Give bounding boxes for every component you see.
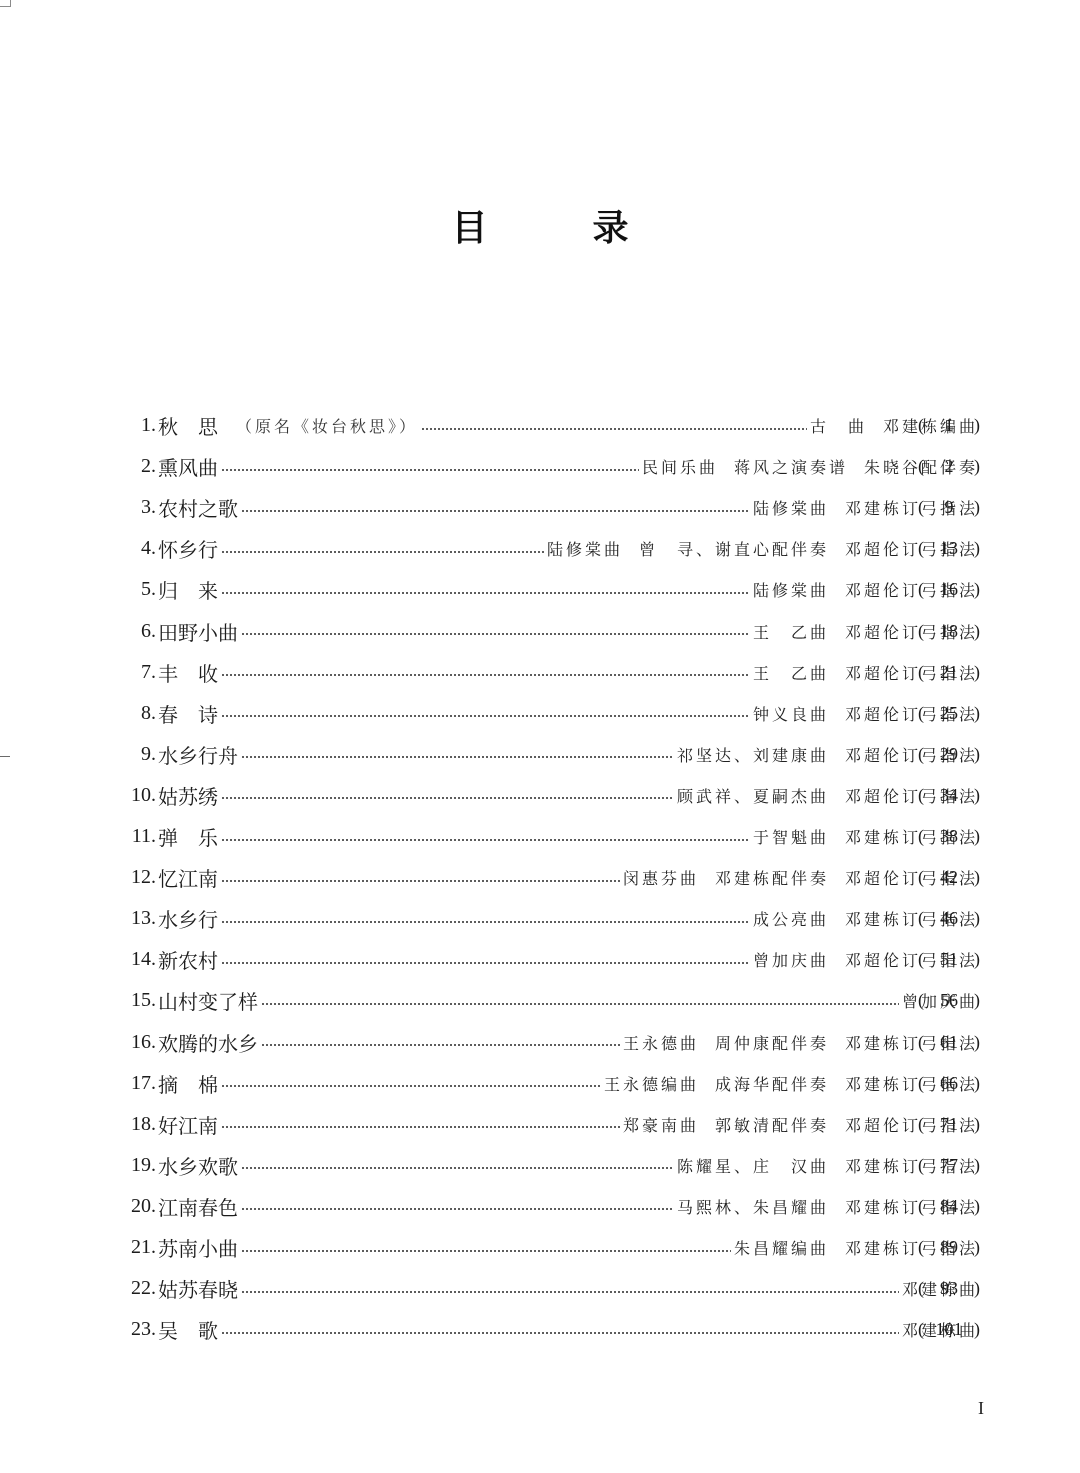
- dot-leader: [261, 1003, 899, 1005]
- toc-entry[interactable]: 9. 水乡行舟 祁坚达、刘建康曲邓超伦订弓指法 ( 29 ): [0, 734, 1080, 775]
- toc-entry-number: 15.: [131, 980, 156, 1021]
- toc-entry-page-number: 25: [924, 703, 974, 724]
- close-paren: ): [974, 621, 980, 642]
- dot-leader: [221, 715, 750, 717]
- toc-entry-credit: 郭敏清配伴奏: [715, 1116, 829, 1135]
- toc-entry-title[interactable]: 水乡行舟: [158, 740, 238, 769]
- dot-leader: [221, 962, 750, 964]
- close-paren: ): [974, 662, 980, 683]
- toc-entry-body: 新农村 曾加庆曲邓超伦订弓指法: [158, 939, 978, 980]
- toc-entry-number: 16.: [131, 1022, 156, 1063]
- crop-mark: [10, 0, 11, 7]
- toc-entry-page[interactable]: ( 16 ): [918, 569, 980, 610]
- toc-entry-body: 江南春色 马熙林、朱昌耀曲邓建栋订弓指法: [158, 1186, 978, 1227]
- toc-entry-credit: 马熙林、朱昌耀曲: [677, 1198, 829, 1217]
- toc-entry-title[interactable]: 苏南小曲: [158, 1233, 238, 1262]
- close-paren: ): [974, 867, 980, 888]
- toc-entry-body: 姑苏绣 顾武祥、夏嗣杰曲邓超伦订弓指法: [158, 775, 978, 816]
- toc-entry-page-number: 21: [924, 662, 974, 683]
- dot-leader: [221, 469, 639, 471]
- dot-leader: [221, 1332, 899, 1334]
- toc-entry-credit: 蒋风之演奏谱: [734, 458, 848, 477]
- toc-entry-credit: 陆修棠曲: [753, 499, 829, 518]
- toc-entry-title[interactable]: 忆江南: [158, 863, 218, 892]
- toc-entry-page[interactable]: ( 42 ): [918, 857, 980, 898]
- toc-entry-page-number: 84: [924, 1196, 974, 1217]
- toc-entry-page-number: 2: [924, 456, 974, 477]
- close-paren: ): [974, 1032, 980, 1053]
- toc-entry-title[interactable]: 姑苏春晓: [158, 1274, 238, 1303]
- toc-entry-page[interactable]: ( 18 ): [918, 611, 980, 652]
- toc-entry-body: 摘 棉 王永德编曲成海华配伴奏邓建栋订弓指法: [158, 1063, 978, 1104]
- close-paren: ): [974, 497, 980, 518]
- toc-entry-page-number: 29: [924, 744, 974, 765]
- toc-entry-page[interactable]: ( 1 ): [918, 405, 980, 446]
- toc-entry-credits: 陆修棠曲曾 寻、谢直心配伴奏邓超伦订弓指法: [547, 537, 978, 560]
- toc-entry[interactable]: 16. 欢腾的水乡 王永德曲周仲康配伴奏邓建栋订弓指法 ( 61 ): [0, 1022, 1080, 1063]
- page-folio: I: [978, 1398, 984, 1419]
- toc-entry-page-number: 61: [924, 1032, 974, 1053]
- toc-entry-title[interactable]: 摘 棉: [158, 1069, 218, 1098]
- dot-leader: [221, 880, 620, 882]
- dot-leader: [221, 921, 750, 923]
- dot-leader: [241, 1291, 899, 1293]
- toc-entry-title[interactable]: 水乡行: [158, 904, 218, 933]
- dot-leader: [241, 1250, 731, 1252]
- toc-entry-page[interactable]: ( 34 ): [918, 775, 980, 816]
- toc-entry-number: 12.: [131, 857, 156, 898]
- toc-entry-number: 21.: [131, 1227, 156, 1268]
- toc-entry-number: 19.: [131, 1145, 156, 1186]
- toc-entry[interactable]: 5. 归 来 陆修棠曲邓超伦订弓指法 ( 16 ): [0, 569, 1080, 610]
- toc-entry-body: 苏南小曲 朱昌耀编曲邓建栋订弓指法: [158, 1227, 978, 1268]
- close-paren: ): [974, 703, 980, 724]
- toc-entry-title[interactable]: 丰 收: [158, 658, 218, 687]
- toc-entry-page-number: 34: [924, 785, 974, 806]
- toc-entry-title[interactable]: 水乡欢歌: [158, 1151, 238, 1180]
- toc-entry-credit: 周仲康配伴奏: [715, 1034, 829, 1053]
- toc-entry[interactable]: 4. 怀乡行 陆修棠曲曾 寻、谢直心配伴奏邓超伦订弓指法 ( 13 ): [0, 528, 1080, 569]
- toc-entry-page-number: 42: [924, 867, 974, 888]
- toc-entry-number: 22.: [131, 1268, 156, 1309]
- toc-entry-body: 姑苏春晓 邓建栋曲: [158, 1268, 978, 1309]
- toc-entry-title[interactable]: 春 诗: [158, 699, 218, 728]
- dot-leader: [221, 1126, 620, 1128]
- close-paren: ): [974, 415, 980, 436]
- toc-entry-page[interactable]: ( 2 ): [918, 446, 980, 487]
- toc-entry-number: 11.: [132, 816, 156, 857]
- close-paren: ): [974, 1196, 980, 1217]
- toc-entry-body: 熏风曲 民间乐曲蒋风之演奏谱朱晓谷配伴奏: [158, 446, 978, 487]
- toc-entry[interactable]: 2. 熏风曲 民间乐曲蒋风之演奏谱朱晓谷配伴奏 ( 2 ): [0, 446, 1080, 487]
- toc-entry-page[interactable]: ( 61 ): [918, 1022, 980, 1063]
- toc-entry-credit: 曾 寻、谢直心配伴奏: [639, 540, 829, 559]
- toc-entry-body: 怀乡行 陆修棠曲曾 寻、谢直心配伴奏邓超伦订弓指法: [158, 528, 978, 569]
- close-paren: ): [974, 1237, 980, 1258]
- toc-entry[interactable]: 20. 江南春色 马熙林、朱昌耀曲邓建栋订弓指法 ( 84 ): [0, 1186, 1080, 1227]
- toc-entry-body: 水乡欢歌 陈耀星、庄 汉曲邓建栋订弓指法: [158, 1145, 978, 1186]
- close-paren: ): [974, 949, 980, 970]
- close-paren: ): [974, 908, 980, 929]
- toc-entry-number: 10.: [131, 775, 156, 816]
- dot-leader: [221, 797, 674, 799]
- toc-entry-credit: 民间乐曲: [642, 458, 718, 477]
- page-title: 目录: [0, 205, 1080, 253]
- toc-entry[interactable]: 6. 田野小曲 王 乙曲邓超伦订弓指法 ( 18 ): [0, 611, 1080, 652]
- toc-entry[interactable]: 21. 苏南小曲 朱昌耀编曲邓建栋订弓指法 ( 89 ): [0, 1227, 1080, 1268]
- toc-entry[interactable]: 11. 弹 乐 于智魁曲邓建栋订弓指法 ( 38 ): [0, 816, 1080, 857]
- toc-entry-body: 吴 歌 邓建栋曲: [158, 1309, 978, 1350]
- close-paren: ): [974, 538, 980, 559]
- close-paren: ): [974, 1278, 980, 1299]
- toc-entry[interactable]: 10. 姑苏绣 顾武祥、夏嗣杰曲邓超伦订弓指法 ( 34 ): [0, 775, 1080, 816]
- close-paren: ): [974, 1114, 980, 1135]
- toc-entry-credit: 郑豪南曲: [623, 1116, 699, 1135]
- dot-leader: [261, 1044, 620, 1046]
- toc-entry-page[interactable]: ( 25 ): [918, 693, 980, 734]
- toc-entry-title[interactable]: 好江南: [158, 1110, 218, 1139]
- toc-entry-number: 17.: [131, 1063, 156, 1104]
- page-title-char: 录: [593, 205, 629, 253]
- toc-entry-number: 20.: [131, 1186, 156, 1227]
- close-paren: ): [974, 826, 980, 847]
- close-paren: ): [974, 1155, 980, 1176]
- dot-leader: [221, 551, 544, 553]
- toc-entry-page[interactable]: ( 38 ): [918, 816, 980, 857]
- toc-entry-title[interactable]: 归 来: [158, 575, 218, 604]
- toc-entry-body: 忆江南 闵惠芬曲邓建栋配伴奏邓超伦订弓指法: [158, 857, 978, 898]
- toc-entry-page[interactable]: ( 29 ): [918, 734, 980, 775]
- toc-entry-credit: 陈耀星、庄 汉曲: [677, 1157, 829, 1176]
- toc-entry-credit: 曾加庆曲: [753, 951, 829, 970]
- toc-entry-body: 水乡行舟 祁坚达、刘建康曲邓超伦订弓指法: [158, 734, 978, 775]
- dot-leader: [221, 674, 750, 676]
- toc-entry-credit: 古 曲: [810, 417, 867, 436]
- toc-entry-page[interactable]: ( 77 ): [918, 1145, 980, 1186]
- toc-entry-number: 9.: [141, 734, 156, 775]
- toc-entry[interactable]: 1. 秋 思 （原名《妆台秋思》） 古 曲邓建栋编曲 ( 1 ): [0, 405, 1080, 446]
- toc-entry[interactable]: 18. 好江南 郑豪南曲郭敏清配伴奏邓超伦订弓指法 ( 71 ): [0, 1104, 1080, 1145]
- toc-entry-title[interactable]: 秋 思: [158, 411, 218, 440]
- toc-entry-title[interactable]: 吴 歌: [158, 1315, 218, 1344]
- toc-entry[interactable]: 3. 农村之歌 陆修棠曲邓建栋订弓指法 ( 9 ): [0, 487, 1080, 528]
- close-paren: ): [974, 785, 980, 806]
- toc-entry-page-number: 1: [924, 415, 974, 436]
- toc-entry-body: 欢腾的水乡 王永德曲周仲康配伴奏邓建栋订弓指法: [158, 1022, 978, 1063]
- toc-entry-credit: 闵惠芬曲: [623, 869, 699, 888]
- toc-entry-title[interactable]: 新农村: [158, 945, 218, 974]
- toc-entry[interactable]: 19. 水乡欢歌 陈耀星、庄 汉曲邓建栋订弓指法 ( 77 ): [0, 1145, 1080, 1186]
- toc-entry[interactable]: 15. 山村变了样 曾加庆曲 ( 56 ): [0, 980, 1080, 1021]
- toc-entry-number: 18.: [131, 1104, 156, 1145]
- toc-entry-body: 好江南 郑豪南曲郭敏清配伴奏邓超伦订弓指法: [158, 1104, 978, 1145]
- toc-entry-page[interactable]: ( 21 ): [918, 652, 980, 693]
- toc-entry-number: 2.: [141, 446, 156, 487]
- toc-entry-number: 8.: [141, 693, 156, 734]
- toc-entry-number: 4.: [141, 528, 156, 569]
- toc-entry-body: 田野小曲 王 乙曲邓超伦订弓指法: [158, 611, 978, 652]
- toc-entry-credit: 王 乙曲: [753, 664, 829, 683]
- toc-entry-credit: 成公亮曲: [753, 910, 829, 929]
- close-paren: ): [974, 1319, 980, 1340]
- toc-entry-page[interactable]: ( 9 ): [918, 487, 980, 528]
- toc-entry-credit: 陆修棠曲: [547, 540, 623, 559]
- toc-entry-body: 归 来 陆修棠曲邓超伦订弓指法: [158, 569, 978, 610]
- toc-entry-credit: 祁坚达、刘建康曲: [677, 746, 829, 765]
- toc-entry-credit: 陆修棠曲: [753, 581, 829, 600]
- close-paren: ): [974, 1073, 980, 1094]
- toc-entry-title[interactable]: 山村变了样: [158, 986, 258, 1015]
- toc-entry-credit: 朱昌耀编曲: [734, 1239, 829, 1258]
- dot-leader: [421, 428, 807, 430]
- toc-entry-subtitle: （原名《妆台秋思》）: [236, 414, 418, 437]
- dot-leader: [241, 1208, 674, 1210]
- toc-entry[interactable]: 13. 水乡行 成公亮曲邓建栋订弓指法 ( 46 ): [0, 898, 1080, 939]
- dot-leader: [241, 756, 674, 758]
- toc-entry[interactable]: 12. 忆江南 闵惠芬曲邓建栋配伴奏邓超伦订弓指法 ( 42 ): [0, 857, 1080, 898]
- close-paren: ): [974, 456, 980, 477]
- dot-leader: [241, 633, 750, 635]
- close-paren: ): [974, 990, 980, 1011]
- toc-entry[interactable]: 14. 新农村 曾加庆曲邓超伦订弓指法 ( 51 ): [0, 939, 1080, 980]
- toc-entry-credit: 于智魁曲: [753, 828, 829, 847]
- toc-entry-page-number: 38: [924, 826, 974, 847]
- toc-entry-number: 3.: [141, 487, 156, 528]
- toc-entry-page-number: 77: [924, 1155, 974, 1176]
- toc-entry-page[interactable]: ( 84 ): [918, 1186, 980, 1227]
- toc-entry-credit: 钟义良曲: [753, 705, 829, 724]
- close-paren: ): [974, 579, 980, 600]
- toc-entry-body: 水乡行 成公亮曲邓建栋订弓指法: [158, 898, 978, 939]
- toc-entry[interactable]: 7. 丰 收 王 乙曲邓超伦订弓指法 ( 21 ): [0, 652, 1080, 693]
- toc-entry[interactable]: 8. 春 诗 钟义良曲邓超伦订弓指法 ( 25 ): [0, 693, 1080, 734]
- toc-entry-credit: 王 乙曲: [753, 623, 829, 642]
- toc-entry-page-number: 46: [924, 908, 974, 929]
- toc-entry-number: 1.: [141, 405, 156, 446]
- toc-entry-body: 丰 收 王 乙曲邓超伦订弓指法: [158, 652, 978, 693]
- toc-entry[interactable]: 22. 姑苏春晓 邓建栋曲 ( 93 ): [0, 1268, 1080, 1309]
- toc-entry-page-number: 18: [924, 621, 974, 642]
- toc-entry-page-number: 13: [924, 538, 974, 559]
- toc-entry-page[interactable]: ( 101 ): [918, 1309, 980, 1350]
- dot-leader: [221, 839, 750, 841]
- dot-leader: [241, 1167, 674, 1169]
- crop-mark: [0, 6, 10, 7]
- toc-entry-page[interactable]: ( 89 ): [918, 1227, 980, 1268]
- toc-entry-credit: 顾武祥、夏嗣杰曲: [677, 787, 829, 806]
- toc-entry-page-number: 101: [924, 1319, 974, 1340]
- toc-entry-number: 23.: [131, 1309, 156, 1350]
- dot-leader: [221, 592, 750, 594]
- toc-entry-body: 农村之歌 陆修棠曲邓建栋订弓指法: [158, 487, 978, 528]
- toc-entry-number: 5.: [141, 569, 156, 610]
- toc-entry-page-number: 9: [924, 497, 974, 518]
- toc-entry-title[interactable]: 江南春色: [158, 1192, 238, 1221]
- dot-leader: [221, 1085, 601, 1087]
- toc-entry-page[interactable]: ( 46 ): [918, 898, 980, 939]
- toc-entry-page[interactable]: ( 66 ): [918, 1063, 980, 1104]
- toc-entry-body: 山村变了样 曾加庆曲: [158, 980, 978, 1021]
- toc-entry-page-number: 89: [924, 1237, 974, 1258]
- toc-entry-credit: 成海华配伴奏: [715, 1075, 829, 1094]
- toc-entry-credit: 王永德编曲: [604, 1075, 699, 1094]
- close-paren: ): [974, 744, 980, 765]
- toc-entry-page[interactable]: ( 13 ): [918, 528, 980, 569]
- toc-entry-title[interactable]: 田野小曲: [158, 617, 238, 646]
- toc-entry-page[interactable]: ( 71 ): [918, 1104, 980, 1145]
- toc-entry-page-number: 93: [924, 1278, 974, 1299]
- toc-entry-page-number: 16: [924, 579, 974, 600]
- toc-entry-title[interactable]: 农村之歌: [158, 493, 238, 522]
- toc-entry-page-number: 51: [924, 949, 974, 970]
- toc-entry-number: 7.: [141, 652, 156, 693]
- page-title-char: 目: [451, 205, 487, 253]
- toc-entry-credit: 王永德曲: [623, 1034, 699, 1053]
- toc-entry-page-number: 66: [924, 1073, 974, 1094]
- toc-entry-body: 弹 乐 于智魁曲邓建栋订弓指法: [158, 816, 978, 857]
- toc-entry-body: 春 诗 钟义良曲邓超伦订弓指法: [158, 693, 978, 734]
- toc-entry-credit: 邓建栋配伴奏: [715, 869, 829, 888]
- toc-entry-number: 14.: [131, 939, 156, 980]
- toc-entry-number: 13.: [131, 898, 156, 939]
- toc-entry[interactable]: 23. 吴 歌 邓建栋曲 ( 101 ): [0, 1309, 1080, 1350]
- toc-entry-page-number: 71: [924, 1114, 974, 1135]
- toc-entry-page[interactable]: ( 56 ): [918, 980, 980, 1021]
- toc-entry-title[interactable]: 姑苏绣: [158, 781, 218, 810]
- toc-entry-body: 秋 思 （原名《妆台秋思》） 古 曲邓建栋编曲: [158, 405, 978, 446]
- dot-leader: [241, 510, 750, 512]
- toc-entry-title[interactable]: 熏风曲: [158, 452, 218, 481]
- toc-entry-page[interactable]: ( 51 ): [918, 939, 980, 980]
- toc-entry[interactable]: 17. 摘 棉 王永德编曲成海华配伴奏邓建栋订弓指法 ( 66 ): [0, 1063, 1080, 1104]
- toc-entry-title[interactable]: 欢腾的水乡: [158, 1028, 258, 1057]
- toc-entry-number: 6.: [141, 611, 156, 652]
- toc-entry-page-number: 56: [924, 990, 974, 1011]
- toc-entry-page[interactable]: ( 93 ): [918, 1268, 980, 1309]
- toc-entry-title[interactable]: 怀乡行: [158, 534, 218, 563]
- toc-entry-title[interactable]: 弹 乐: [158, 822, 218, 851]
